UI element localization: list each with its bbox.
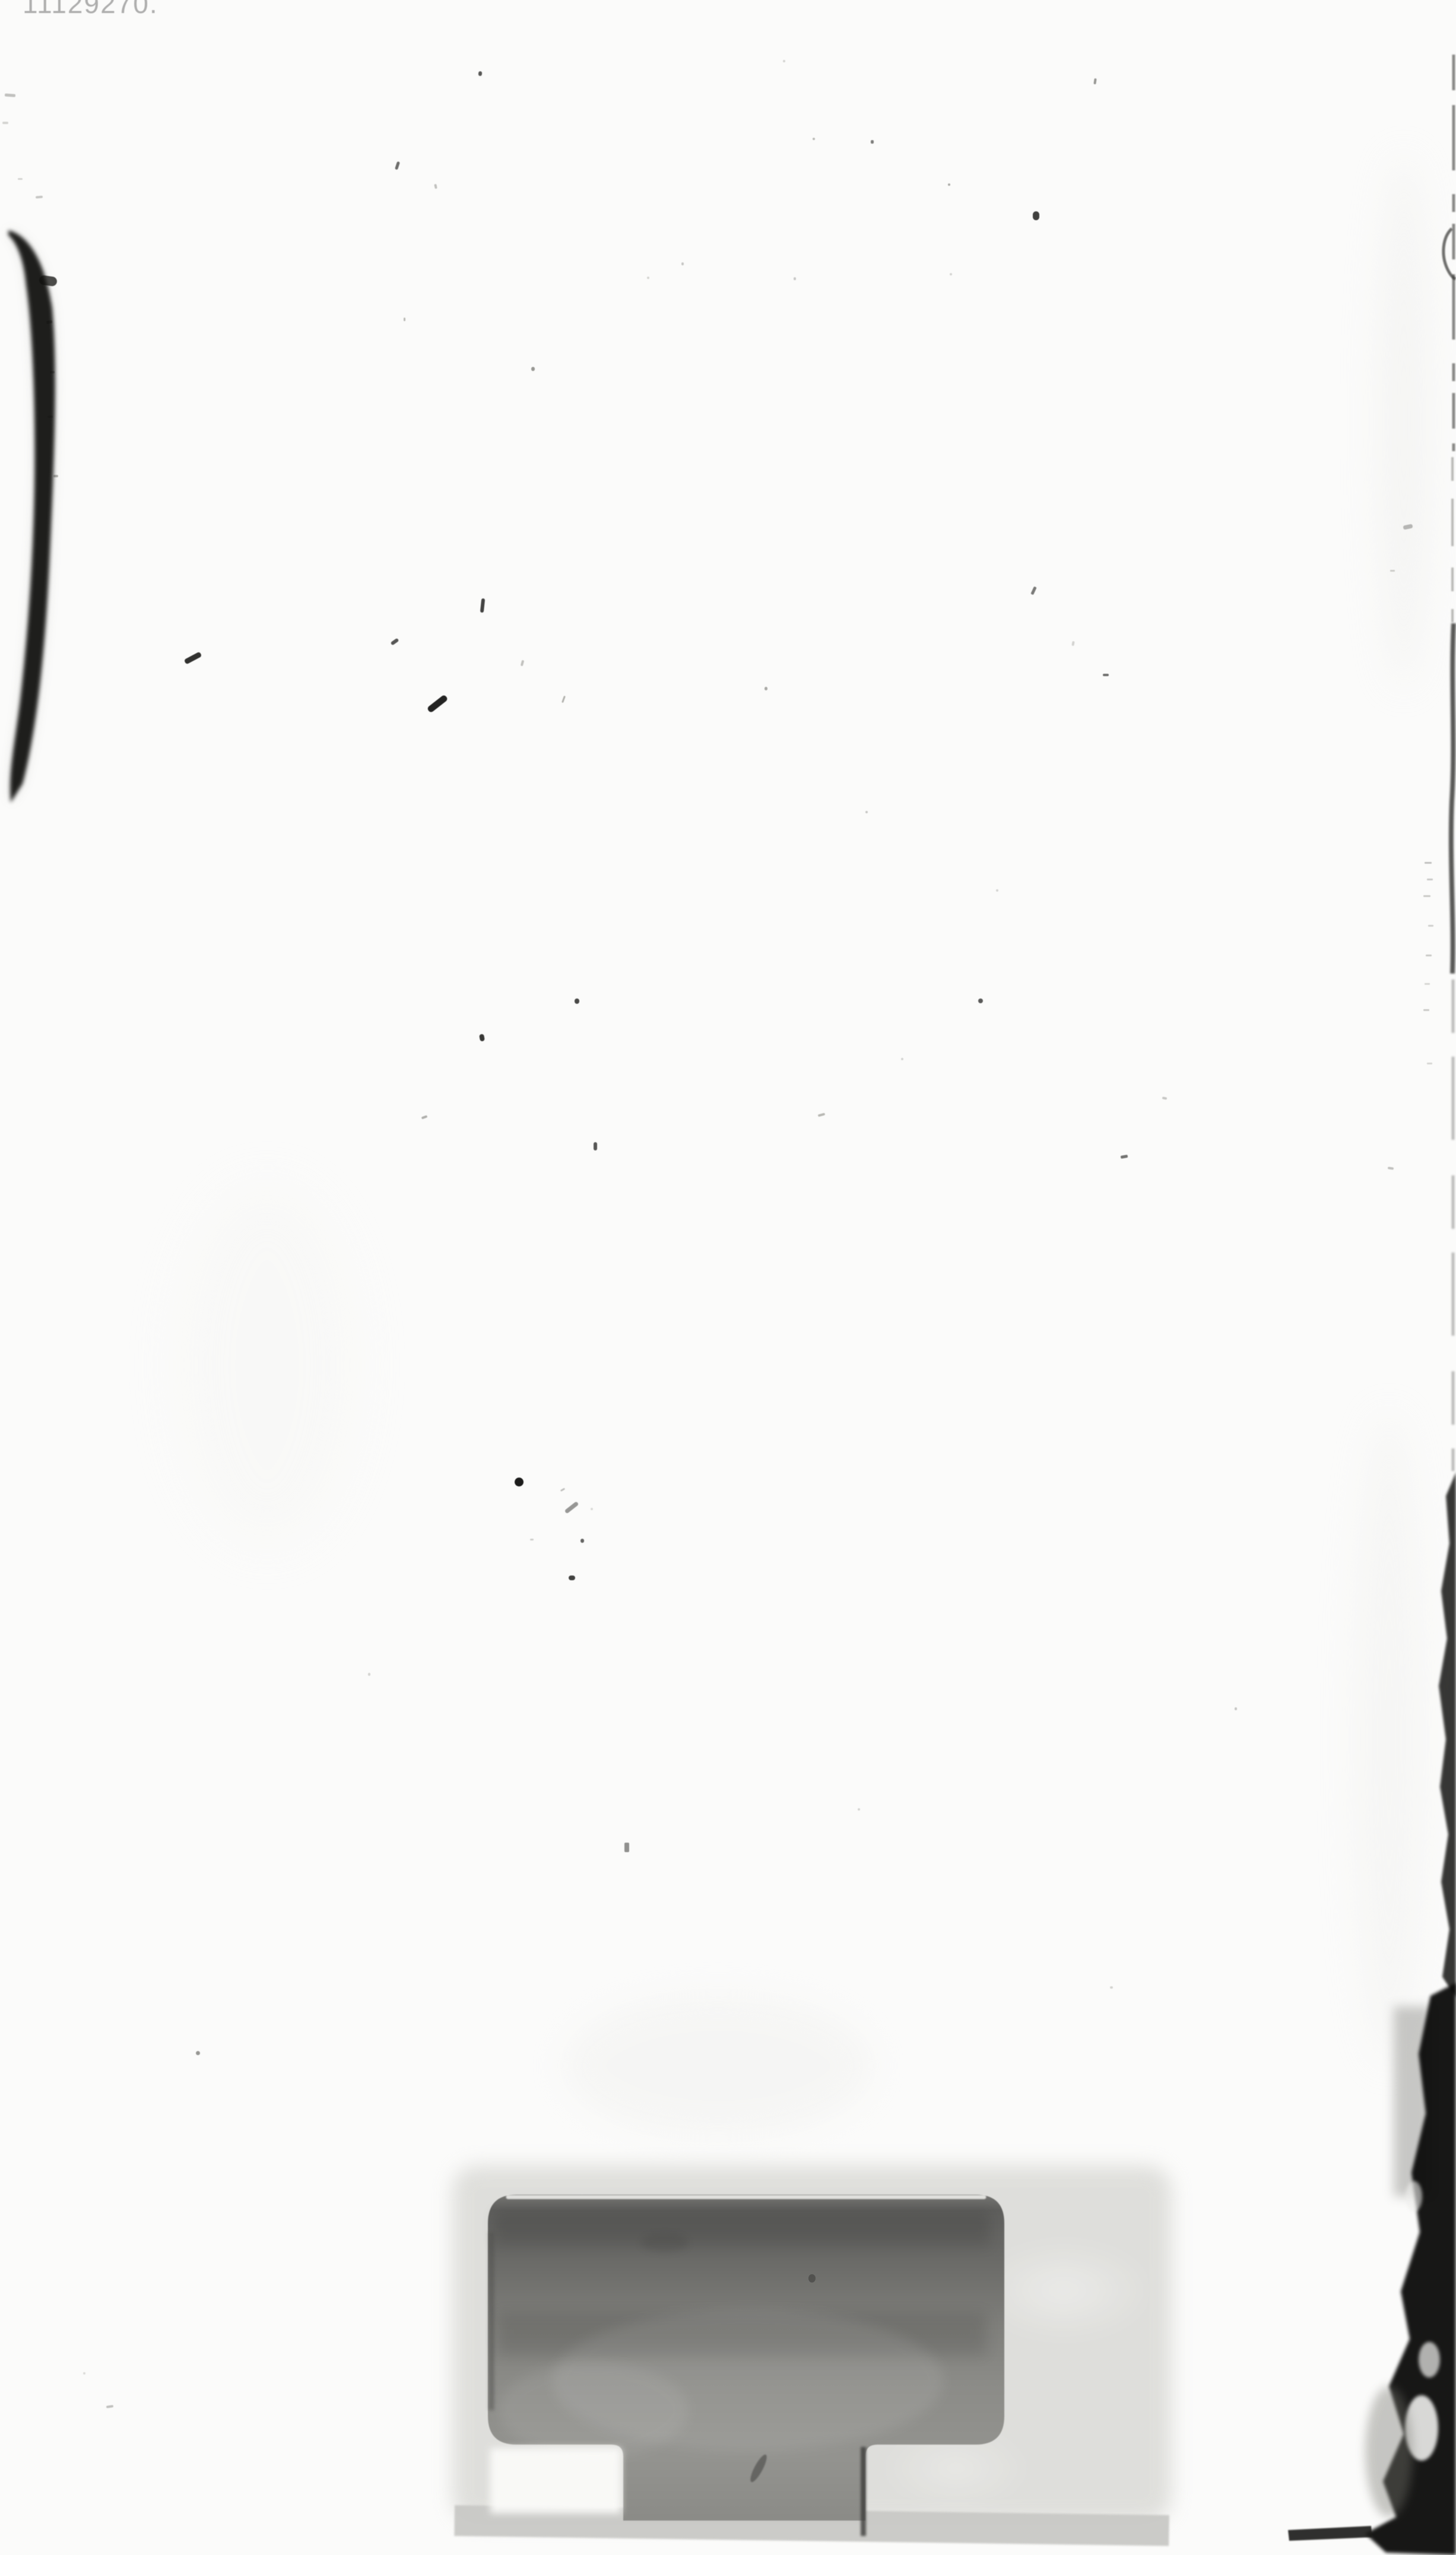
page-edge-mid-line xyxy=(1451,623,1454,974)
clamp-stem-edge-line xyxy=(861,2447,866,2536)
clamp-upper-shadow xyxy=(494,2211,990,2246)
clamp-underside-light xyxy=(490,2448,621,2513)
metal-clamp xyxy=(488,2195,1004,2536)
clamp-fleck xyxy=(808,2274,816,2283)
scanned-page: 11129270. xyxy=(0,0,1456,2555)
page-edge-jagged-band xyxy=(1439,1472,1456,1998)
clamp-sheen-2 xyxy=(499,2363,689,2458)
book-cover-edge-left xyxy=(8,230,55,803)
scan-artifacts-overlay xyxy=(0,0,1456,2555)
clamp-fleck-2 xyxy=(641,2233,689,2252)
binding-mass-hole-2 xyxy=(1419,2342,1440,2378)
book-cover-edge-arc xyxy=(8,230,55,803)
page-edge-right xyxy=(1288,55,1456,2555)
binding-mass-hole-3 xyxy=(1406,2181,1422,2212)
binding-mass-fringe xyxy=(1365,2386,1413,2517)
bottom-right-streak xyxy=(1288,2526,1372,2541)
